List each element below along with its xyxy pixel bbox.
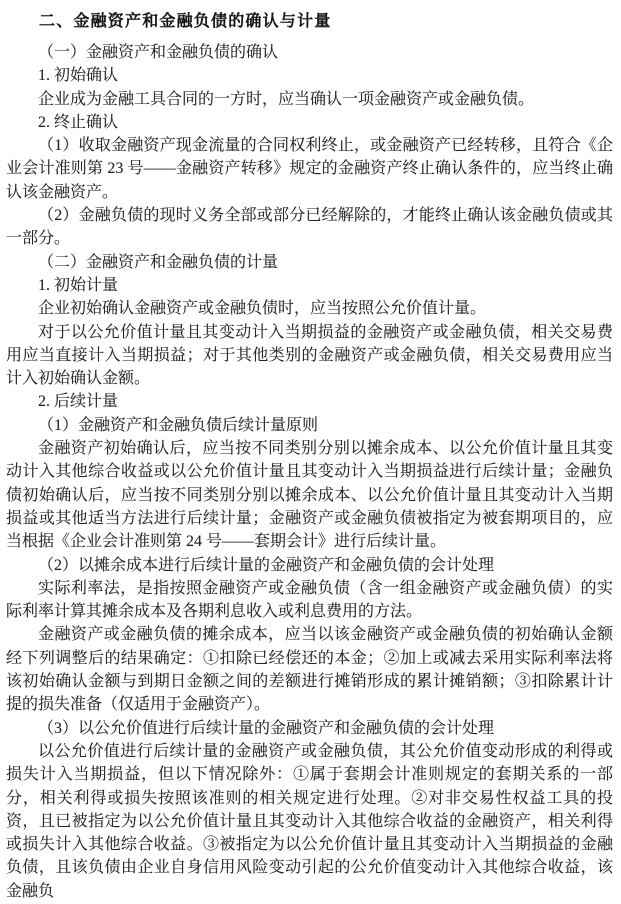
paragraph: （一）金融资产和金融负债的确认 bbox=[6, 41, 613, 64]
paragraph: （1）金融资产和金融负债后续计量原则 bbox=[6, 414, 613, 437]
paragraph: 1. 初始确认 bbox=[6, 64, 613, 87]
paragraph: （2）以摊余成本进行后续计量的金融资产和金融负债的会计处理 bbox=[6, 554, 613, 577]
paragraph: 对于以公允价值计量且其变动计入当期损益的金融资产或金融负债，相关交易费用应当直接… bbox=[6, 321, 613, 391]
paragraph: （二）金融资产和金融负债的计量 bbox=[6, 251, 613, 274]
page-title: 二、金融资产和金融负债的确认与计量 bbox=[6, 8, 613, 31]
paragraph: 以公允价值进行后续计量的金融资产或金融负债，其公允价值变动形成的利得或损失计入当… bbox=[6, 740, 613, 903]
document-page: 二、金融资产和金融负债的确认与计量 （一）金融资产和金融负债的确认1. 初始确认… bbox=[0, 0, 621, 904]
paragraph: （2）金融负债的现时义务全部或部分已经解除的，才能终止确认该金融负债或其一部分。 bbox=[6, 204, 613, 251]
paragraph: 企业成为金融工具合同的一方时，应当确认一项金融资产或金融负债。 bbox=[6, 88, 613, 111]
paragraph: 2. 后续计量 bbox=[6, 390, 613, 413]
document-body: （一）金融资产和金融负债的确认1. 初始确认企业成为金融工具合同的一方时，应当确… bbox=[6, 41, 613, 903]
paragraph: （1）收取金融资产现金流量的合同权利终止，或金融资产已经转移，且符合《企业会计准… bbox=[6, 134, 613, 204]
paragraph: 2. 终止确认 bbox=[6, 111, 613, 134]
paragraph: 实际利率法，是指按照金融资产或金融负债（含一组金融资产或金融负债）的实际利率计算… bbox=[6, 577, 613, 624]
paragraph: （3）以公允价值进行后续计量的金融资产和金融负债的会计处理 bbox=[6, 717, 613, 740]
paragraph: 1. 初始计量 bbox=[6, 274, 613, 297]
paragraph: 金融资产初始确认后，应当按不同类别分别以摊余成本、以公允价值计量且其变动计入其他… bbox=[6, 437, 613, 553]
paragraph: 企业初始确认金融资产或金融负债时，应当按照公允价值计量。 bbox=[6, 297, 613, 320]
paragraph: 金融资产或金融负债的摊余成本，应当以该金融资产或金融负债的初始确认金额经下列调整… bbox=[6, 623, 613, 716]
